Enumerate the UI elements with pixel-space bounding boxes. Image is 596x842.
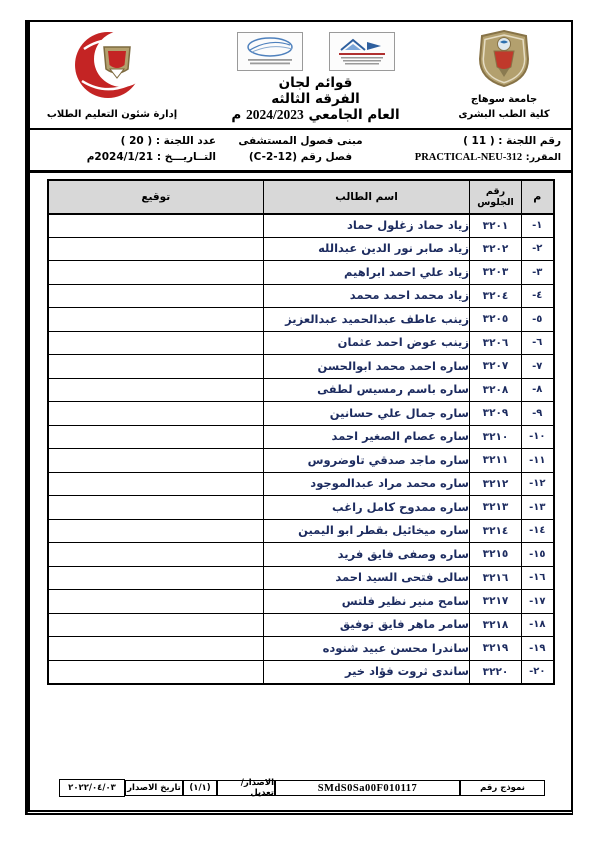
table-row: -٢ ٣٢٠٢ زياد صابر نور الدين عبدالله — [48, 237, 554, 261]
academic-year-label: العام الجامعي — [304, 107, 400, 123]
header-seat-number: رقم الجلوس — [470, 180, 522, 214]
row-seat-number: ٣٢١٦ — [470, 566, 522, 590]
administration-name: إدارة شئون التعليم الطلاب — [38, 108, 186, 121]
row-student-name: سامر ماهر فايق توفيق — [264, 613, 470, 637]
row-serial: -٣ — [522, 261, 554, 285]
row-signature-space — [48, 543, 264, 567]
row-student-name: سامح منير نظير فلتس — [264, 590, 470, 614]
row-student-name: ساندى ثروت فؤاد خير — [264, 660, 470, 684]
row-signature-space — [48, 472, 264, 496]
table-row: -١٩ ٣٢١٩ ساندرا محسن عبيد شنوده — [48, 637, 554, 661]
row-seat-number: ٣٢١٣ — [470, 496, 522, 520]
row-signature-space — [48, 590, 264, 614]
table-row: -٢٠ ٣٢٢٠ ساندى ثروت فؤاد خير — [48, 660, 554, 684]
row-seat-number: ٣٢٠٣ — [470, 261, 522, 285]
academic-year-value: 2024/2023 — [246, 107, 304, 122]
row-seat-number: ٣٢٠٧ — [470, 355, 522, 379]
row-signature-space — [48, 402, 264, 426]
page-border-frame: جامعة سوهاج كلية الطب البشرى — [25, 20, 573, 815]
row-signature-space — [48, 660, 264, 684]
row-serial: -١٥ — [522, 543, 554, 567]
row-signature-space — [48, 613, 264, 637]
students-table: م رقم الجلوس اسم الطالب توقيع -١ ٣٢٠١ زي… — [47, 179, 555, 685]
committee-info: رقم اللجنة : ( 11 ) المقرر: PRACTICAL-NE… — [385, 133, 561, 166]
location-info: مبنى فصول المستشفى فصل رقم (C-2-12) — [216, 133, 385, 166]
row-student-name: ساره احمد محمد ابوالحسن — [264, 355, 470, 379]
form-number-code: SMdS0Sa00F010117 — [275, 780, 460, 796]
building-name: مبنى فصول المستشفى — [216, 133, 385, 149]
header-center-block: قوائم لجان الفرقه الثالثه العام الجامعي … — [186, 29, 445, 124]
table-row: -١٣ ٣٢١٣ ساره ممدوح كامل راغب — [48, 496, 554, 520]
count-date-info: عدد اللجنة : ( 20 ) التــاريـــخ : 2024/… — [40, 133, 216, 166]
accreditation-logos — [186, 32, 445, 71]
row-seat-number: ٣٢٠١ — [470, 214, 522, 238]
row-seat-number: ٣٢١٥ — [470, 543, 522, 567]
row-signature-space — [48, 284, 264, 308]
row-student-name: ساندرا محسن عبيد شنوده — [264, 637, 470, 661]
issue-value: (١/١) — [183, 780, 217, 796]
row-signature-space — [48, 308, 264, 332]
row-seat-number: ٣٢١٢ — [470, 472, 522, 496]
university-block: جامعة سوهاج كلية الطب البشرى — [445, 29, 563, 124]
row-serial: -٨ — [522, 378, 554, 402]
form-footer: نموذج رقم SMdS0Sa00F010117 الاصدار/تعديل… — [59, 780, 545, 797]
row-student-name: ساره ماجد صدقي تاوضروس — [264, 449, 470, 473]
doc-title-line2: الفرقه الثالثه — [186, 92, 445, 108]
committee-number: رقم اللجنة : ( 11 ) — [385, 133, 561, 149]
table-row: -١٧ ٣٢١٧ سامح منير نظير فلتس — [48, 590, 554, 614]
header-signature: توقيع — [48, 180, 264, 214]
table-row: -١ ٣٢٠١ زياد حماد زغلول حماد — [48, 214, 554, 238]
row-student-name: ساره عصام الصغير احمد — [264, 425, 470, 449]
faculty-name: كلية الطب البشرى — [445, 108, 563, 121]
room-number: فصل رقم (C-2-12) — [216, 149, 385, 165]
row-serial: -١٩ — [522, 637, 554, 661]
table-row: -١٥ ٣٢١٥ ساره وصفى فايق فريد — [48, 543, 554, 567]
row-serial: -٢٠ — [522, 660, 554, 684]
issue-date-value: ٢٠٢٢/٠٤/٠٣ — [59, 779, 125, 797]
row-seat-number: ٣٢١٠ — [470, 425, 522, 449]
row-serial: -١٨ — [522, 613, 554, 637]
doc-title-line1: قوائم لجان — [186, 76, 445, 92]
row-serial: -١٤ — [522, 519, 554, 543]
row-student-name: زياد حماد زغلول حماد — [264, 214, 470, 238]
exam-date: التــاريـــخ : 2024/1/21م — [40, 149, 216, 165]
row-signature-space — [48, 214, 264, 238]
row-student-name: ساره محمد مراد عبدالموجود — [264, 472, 470, 496]
row-signature-space — [48, 496, 264, 520]
administration-block: إدارة شئون التعليم الطلاب — [38, 29, 186, 124]
row-student-name: زياد علي احمد ابراهيم — [264, 261, 470, 285]
row-signature-space — [48, 237, 264, 261]
row-seat-number: ٣٢٠٢ — [470, 237, 522, 261]
row-seat-number: ٣٢١١ — [470, 449, 522, 473]
row-serial: -٥ — [522, 308, 554, 332]
row-serial: -١٠ — [522, 425, 554, 449]
row-student-name: ساره ممدوح كامل راغب — [264, 496, 470, 520]
row-seat-number: ٣٢٠٥ — [470, 308, 522, 332]
scanned-document-page: جامعة سوهاج كلية الطب البشرى — [0, 0, 596, 842]
row-seat-number: ٣٢٠٦ — [470, 331, 522, 355]
row-seat-number: ٣٢٢٠ — [470, 660, 522, 684]
row-seat-number: ٣٢١٧ — [470, 590, 522, 614]
row-signature-space — [48, 378, 264, 402]
table-row: -٤ ٣٢٠٤ زياد محمد احمد محمد — [48, 284, 554, 308]
course-line: المقرر: PRACTICAL-NEU-312 — [385, 149, 561, 166]
table-row: -٨ ٣٢٠٨ ساره باسم رمسيس لطفى — [48, 378, 554, 402]
row-serial: -١١ — [522, 449, 554, 473]
row-student-name: زياد محمد احمد محمد — [264, 284, 470, 308]
students-table-body: -١ ٣٢٠١ زياد حماد زغلول حماد -٢ ٣٢٠٢ زيا… — [48, 214, 554, 684]
row-student-name: زياد صابر نور الدين عبدالله — [264, 237, 470, 261]
exam-info-band: رقم اللجنة : ( 11 ) المقرر: PRACTICAL-NE… — [30, 128, 571, 173]
row-serial: -١ — [522, 214, 554, 238]
row-signature-space — [48, 331, 264, 355]
header-serial: م — [522, 180, 554, 214]
table-row: -٩ ٣٢٠٩ ساره جمال علي حسانين — [48, 402, 554, 426]
course-label: المقرر: — [526, 152, 561, 163]
row-serial: -١٢ — [522, 472, 554, 496]
row-student-name: زينب عوض احمد عثمان — [264, 331, 470, 355]
row-seat-number: ٣٢٠٨ — [470, 378, 522, 402]
row-student-name: زينب عاطف عبدالحميد عبدالعزيز — [264, 308, 470, 332]
row-serial: -٧ — [522, 355, 554, 379]
row-signature-space — [48, 355, 264, 379]
row-seat-number: ٣٢٠٩ — [470, 402, 522, 426]
doc-title-line3: العام الجامعي 2024/2023 م — [186, 107, 445, 124]
form-number-label: نموذج رقم — [460, 780, 545, 796]
row-student-name: ساره وصفى فايق فريد — [264, 543, 470, 567]
row-serial: -٤ — [522, 284, 554, 308]
row-student-name: ساره باسم رمسيس لطفى — [264, 378, 470, 402]
university-shield-icon — [476, 72, 532, 91]
table-row: -٧ ٣٢٠٧ ساره احمد محمد ابوالحسن — [48, 355, 554, 379]
header-student-name: اسم الطالب — [264, 180, 470, 214]
document-titles: قوائم لجان الفرقه الثالثه العام الجامعي … — [186, 76, 445, 124]
table-row: -١٨ ٣٢١٨ سامر ماهر فايق توفيق — [48, 613, 554, 637]
issue-date-label: تاريخ الاصدار — [125, 780, 183, 796]
row-serial: -١٦ — [522, 566, 554, 590]
academic-year-suffix: م — [231, 107, 246, 123]
row-serial: -٢ — [522, 237, 554, 261]
row-signature-space — [48, 425, 264, 449]
row-signature-space — [48, 519, 264, 543]
row-seat-number: ٣٢١٩ — [470, 637, 522, 661]
row-seat-number: ٣٢١٤ — [470, 519, 522, 543]
crescent-logo-icon — [64, 88, 160, 107]
row-serial: -١٧ — [522, 590, 554, 614]
table-row: -١١ ٣٢١١ ساره ماجد صدقي تاوضروس — [48, 449, 554, 473]
page-header: جامعة سوهاج كلية الطب البشرى — [30, 22, 571, 124]
aja-accreditation-icon — [237, 32, 303, 71]
row-signature-space — [48, 449, 264, 473]
table-row: -١٠ ٣٢١٠ ساره عصام الصغير احمد — [48, 425, 554, 449]
table-row: -٣ ٣٢٠٣ زياد علي احمد ابراهيم — [48, 261, 554, 285]
students-table-header: م رقم الجلوس اسم الطالب توقيع — [48, 180, 554, 214]
row-serial: -٦ — [522, 331, 554, 355]
row-student-name: ساره جمال علي حسانين — [264, 402, 470, 426]
table-row: -١٦ ٣٢١٦ سالى فتحى السيد احمد — [48, 566, 554, 590]
table-row: -١٢ ٣٢١٢ ساره محمد مراد عبدالموجود — [48, 472, 554, 496]
table-row: -٥ ٣٢٠٥ زينب عاطف عبدالحميد عبدالعزيز — [48, 308, 554, 332]
egac-accreditation-icon — [329, 32, 395, 71]
row-signature-space — [48, 261, 264, 285]
row-serial: -١٣ — [522, 496, 554, 520]
committee-count: عدد اللجنة : ( 20 ) — [40, 133, 216, 149]
row-serial: -٩ — [522, 402, 554, 426]
table-row: -١٤ ٣٢١٤ ساره ميخائيل بقطر ابو اليمين — [48, 519, 554, 543]
course-code: PRACTICAL-NEU-312 — [415, 152, 522, 163]
row-student-name: ساره ميخائيل بقطر ابو اليمين — [264, 519, 470, 543]
table-row: -٦ ٣٢٠٦ زينب عوض احمد عثمان — [48, 331, 554, 355]
row-seat-number: ٣٢٠٤ — [470, 284, 522, 308]
issue-label: الاصدار/تعديل — [217, 780, 275, 796]
row-seat-number: ٣٢١٨ — [470, 613, 522, 637]
row-signature-space — [48, 637, 264, 661]
row-student-name: سالى فتحى السيد احمد — [264, 566, 470, 590]
row-signature-space — [48, 566, 264, 590]
university-name: جامعة سوهاج — [445, 93, 563, 106]
